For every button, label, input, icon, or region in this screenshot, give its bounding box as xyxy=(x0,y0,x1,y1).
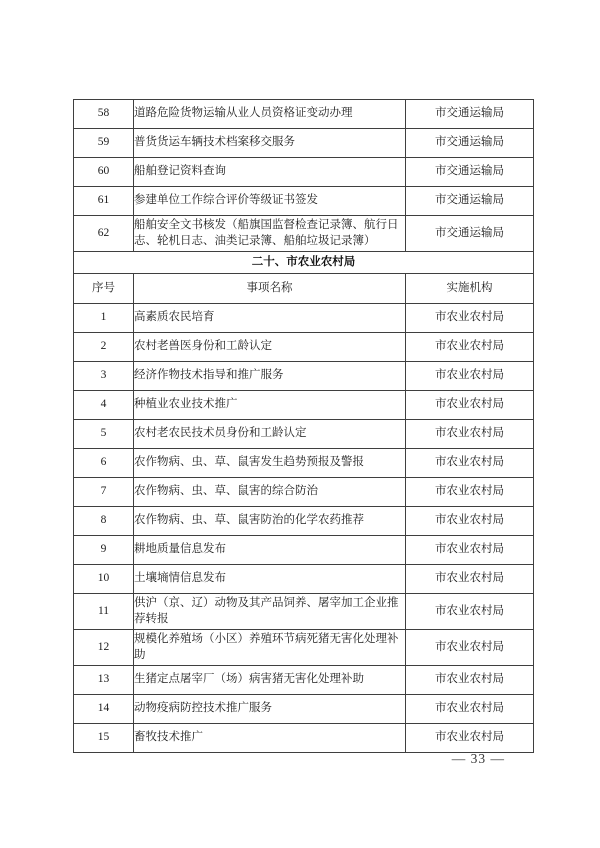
item-name-cell: 农村老兽医身份和工龄认定 xyxy=(134,333,406,362)
agency-cell: 市农业农村局 xyxy=(406,449,534,478)
agency-cell: 市交通运输局 xyxy=(406,100,534,129)
agency-cell: 市交通运输局 xyxy=(406,216,534,252)
row-number-cell: 10 xyxy=(74,565,134,594)
item-name-cell: 种植业农业技术推广 xyxy=(134,391,406,420)
document-page: 58 道路危险货物运输从业人员资格证变动办理 市交通运输局 59 普货货运车辆技… xyxy=(0,0,600,848)
item-name-cell: 供沪（京、辽）动物及其产品饲养、屠宰加工企业推荐转报 xyxy=(134,594,406,630)
row-number-cell: 14 xyxy=(74,695,134,724)
table-row: 62 船舶安全文书核发（船旗国监督检查记录簿、航行日志、轮机日志、油类记录簿、船… xyxy=(74,216,534,252)
row-number-cell: 59 xyxy=(74,129,134,158)
item-name-cell: 船舶登记资料查询 xyxy=(134,158,406,187)
table-row: 8 农作物病、虫、草、鼠害防治的化学农药推荐 市农业农村局 xyxy=(74,507,534,536)
item-name-cell: 参建单位工作综合评价等级证书签发 xyxy=(134,187,406,216)
item-name-cell: 船舶安全文书核发（船旗国监督检查记录簿、航行日志、轮机日志、油类记录簿、船舶垃圾… xyxy=(134,216,406,252)
table-row: 3 经济作物技术指导和推广服务 市农业农村局 xyxy=(74,362,534,391)
table-row: 61 参建单位工作综合评价等级证书签发 市交通运输局 xyxy=(74,187,534,216)
agency-cell: 市农业农村局 xyxy=(406,391,534,420)
item-name-cell: 畜牧技术推广 xyxy=(134,724,406,753)
section-heading: 二十、市农业农村局 xyxy=(74,252,534,274)
row-number-cell: 9 xyxy=(74,536,134,565)
item-name-cell: 动物疫病防控技术推广服务 xyxy=(134,695,406,724)
row-number-cell: 60 xyxy=(74,158,134,187)
item-name-cell: 农作物病、虫、草、鼠害发生趋势预报及警报 xyxy=(134,449,406,478)
table-row: 12 规模化养殖场（小区）养殖环节病死猪无害化处理补助 市农业农村局 xyxy=(74,630,534,666)
table-row: 2 农村老兽医身份和工龄认定 市农业农村局 xyxy=(74,333,534,362)
item-name-cell: 高素质农民培育 xyxy=(134,304,406,333)
table-row: 4 种植业农业技术推广 市农业农村局 xyxy=(74,391,534,420)
agency-cell: 市农业农村局 xyxy=(406,536,534,565)
table-row: 58 道路危险货物运输从业人员资格证变动办理 市交通运输局 xyxy=(74,100,534,129)
row-number-cell: 12 xyxy=(74,630,134,666)
row-number-cell: 2 xyxy=(74,333,134,362)
agency-cell: 市交通运输局 xyxy=(406,158,534,187)
table-row: 6 农作物病、虫、草、鼠害发生趋势预报及警报 市农业农村局 xyxy=(74,449,534,478)
table-header-row: 序号 事项名称 实施机构 xyxy=(74,274,534,304)
row-number-cell: 11 xyxy=(74,594,134,630)
row-number-cell: 13 xyxy=(74,666,134,695)
item-name-cell: 耕地质量信息发布 xyxy=(134,536,406,565)
row-number-cell: 6 xyxy=(74,449,134,478)
row-number-cell: 5 xyxy=(74,420,134,449)
row-number-cell: 58 xyxy=(74,100,134,129)
page-number: — 33 — xyxy=(452,751,505,767)
item-name-cell: 道路危险货物运输从业人员资格证变动办理 xyxy=(134,100,406,129)
agency-cell: 市农业农村局 xyxy=(406,507,534,536)
table-row: 5 农村老农民技术员身份和工龄认定 市农业农村局 xyxy=(74,420,534,449)
section-heading-row: 二十、市农业农村局 xyxy=(74,252,534,274)
service-matters-table: 58 道路危险货物运输从业人员资格证变动办理 市交通运输局 59 普货货运车辆技… xyxy=(73,99,534,753)
item-name-cell: 土壤墒情信息发布 xyxy=(134,565,406,594)
table-row: 15 畜牧技术推广 市农业农村局 xyxy=(74,724,534,753)
item-name-cell: 农村老农民技术员身份和工龄认定 xyxy=(134,420,406,449)
row-number-cell: 8 xyxy=(74,507,134,536)
table-row: 1 高素质农民培育 市农业农村局 xyxy=(74,304,534,333)
row-number-cell: 3 xyxy=(74,362,134,391)
agency-cell: 市农业农村局 xyxy=(406,478,534,507)
row-number-cell: 4 xyxy=(74,391,134,420)
agency-cell: 市农业农村局 xyxy=(406,695,534,724)
agency-cell: 市农业农村局 xyxy=(406,630,534,666)
agency-cell: 市农业农村局 xyxy=(406,420,534,449)
agency-cell: 市交通运输局 xyxy=(406,129,534,158)
agency-cell: 市交通运输局 xyxy=(406,187,534,216)
table-row: 14 动物疫病防控技术推广服务 市农业农村局 xyxy=(74,695,534,724)
agency-cell: 市农业农村局 xyxy=(406,724,534,753)
item-name-cell: 经济作物技术指导和推广服务 xyxy=(134,362,406,391)
item-name-cell: 规模化养殖场（小区）养殖环节病死猪无害化处理补助 xyxy=(134,630,406,666)
column-header-name: 事项名称 xyxy=(134,274,406,304)
table-row: 13 生猪定点屠宰厂（场）病害猪无害化处理补助 市农业农村局 xyxy=(74,666,534,695)
table-row: 11 供沪（京、辽）动物及其产品饲养、屠宰加工企业推荐转报 市农业农村局 xyxy=(74,594,534,630)
column-header-no: 序号 xyxy=(74,274,134,304)
row-number-cell: 7 xyxy=(74,478,134,507)
row-number-cell: 15 xyxy=(74,724,134,753)
agency-cell: 市农业农村局 xyxy=(406,362,534,391)
agency-cell: 市农业农村局 xyxy=(406,666,534,695)
item-name-cell: 农作物病、虫、草、鼠害防治的化学农药推荐 xyxy=(134,507,406,536)
row-number-cell: 1 xyxy=(74,304,134,333)
agency-cell: 市农业农村局 xyxy=(406,594,534,630)
row-number-cell: 62 xyxy=(74,216,134,252)
table-row: 60 船舶登记资料查询 市交通运输局 xyxy=(74,158,534,187)
row-number-cell: 61 xyxy=(74,187,134,216)
item-name-cell: 普货货运车辆技术档案移交服务 xyxy=(134,129,406,158)
item-name-cell: 农作物病、虫、草、鼠害的综合防治 xyxy=(134,478,406,507)
table-row: 10 土壤墒情信息发布 市农业农村局 xyxy=(74,565,534,594)
table-row: 9 耕地质量信息发布 市农业农村局 xyxy=(74,536,534,565)
table-row: 7 农作物病、虫、草、鼠害的综合防治 市农业农村局 xyxy=(74,478,534,507)
table-row: 59 普货货运车辆技术档案移交服务 市交通运输局 xyxy=(74,129,534,158)
table-container: 58 道路危险货物运输从业人员资格证变动办理 市交通运输局 59 普货货运车辆技… xyxy=(73,99,533,753)
agency-cell: 市农业农村局 xyxy=(406,565,534,594)
agency-cell: 市农业农村局 xyxy=(406,304,534,333)
column-header-agency: 实施机构 xyxy=(406,274,534,304)
agency-cell: 市农业农村局 xyxy=(406,333,534,362)
item-name-cell: 生猪定点屠宰厂（场）病害猪无害化处理补助 xyxy=(134,666,406,695)
